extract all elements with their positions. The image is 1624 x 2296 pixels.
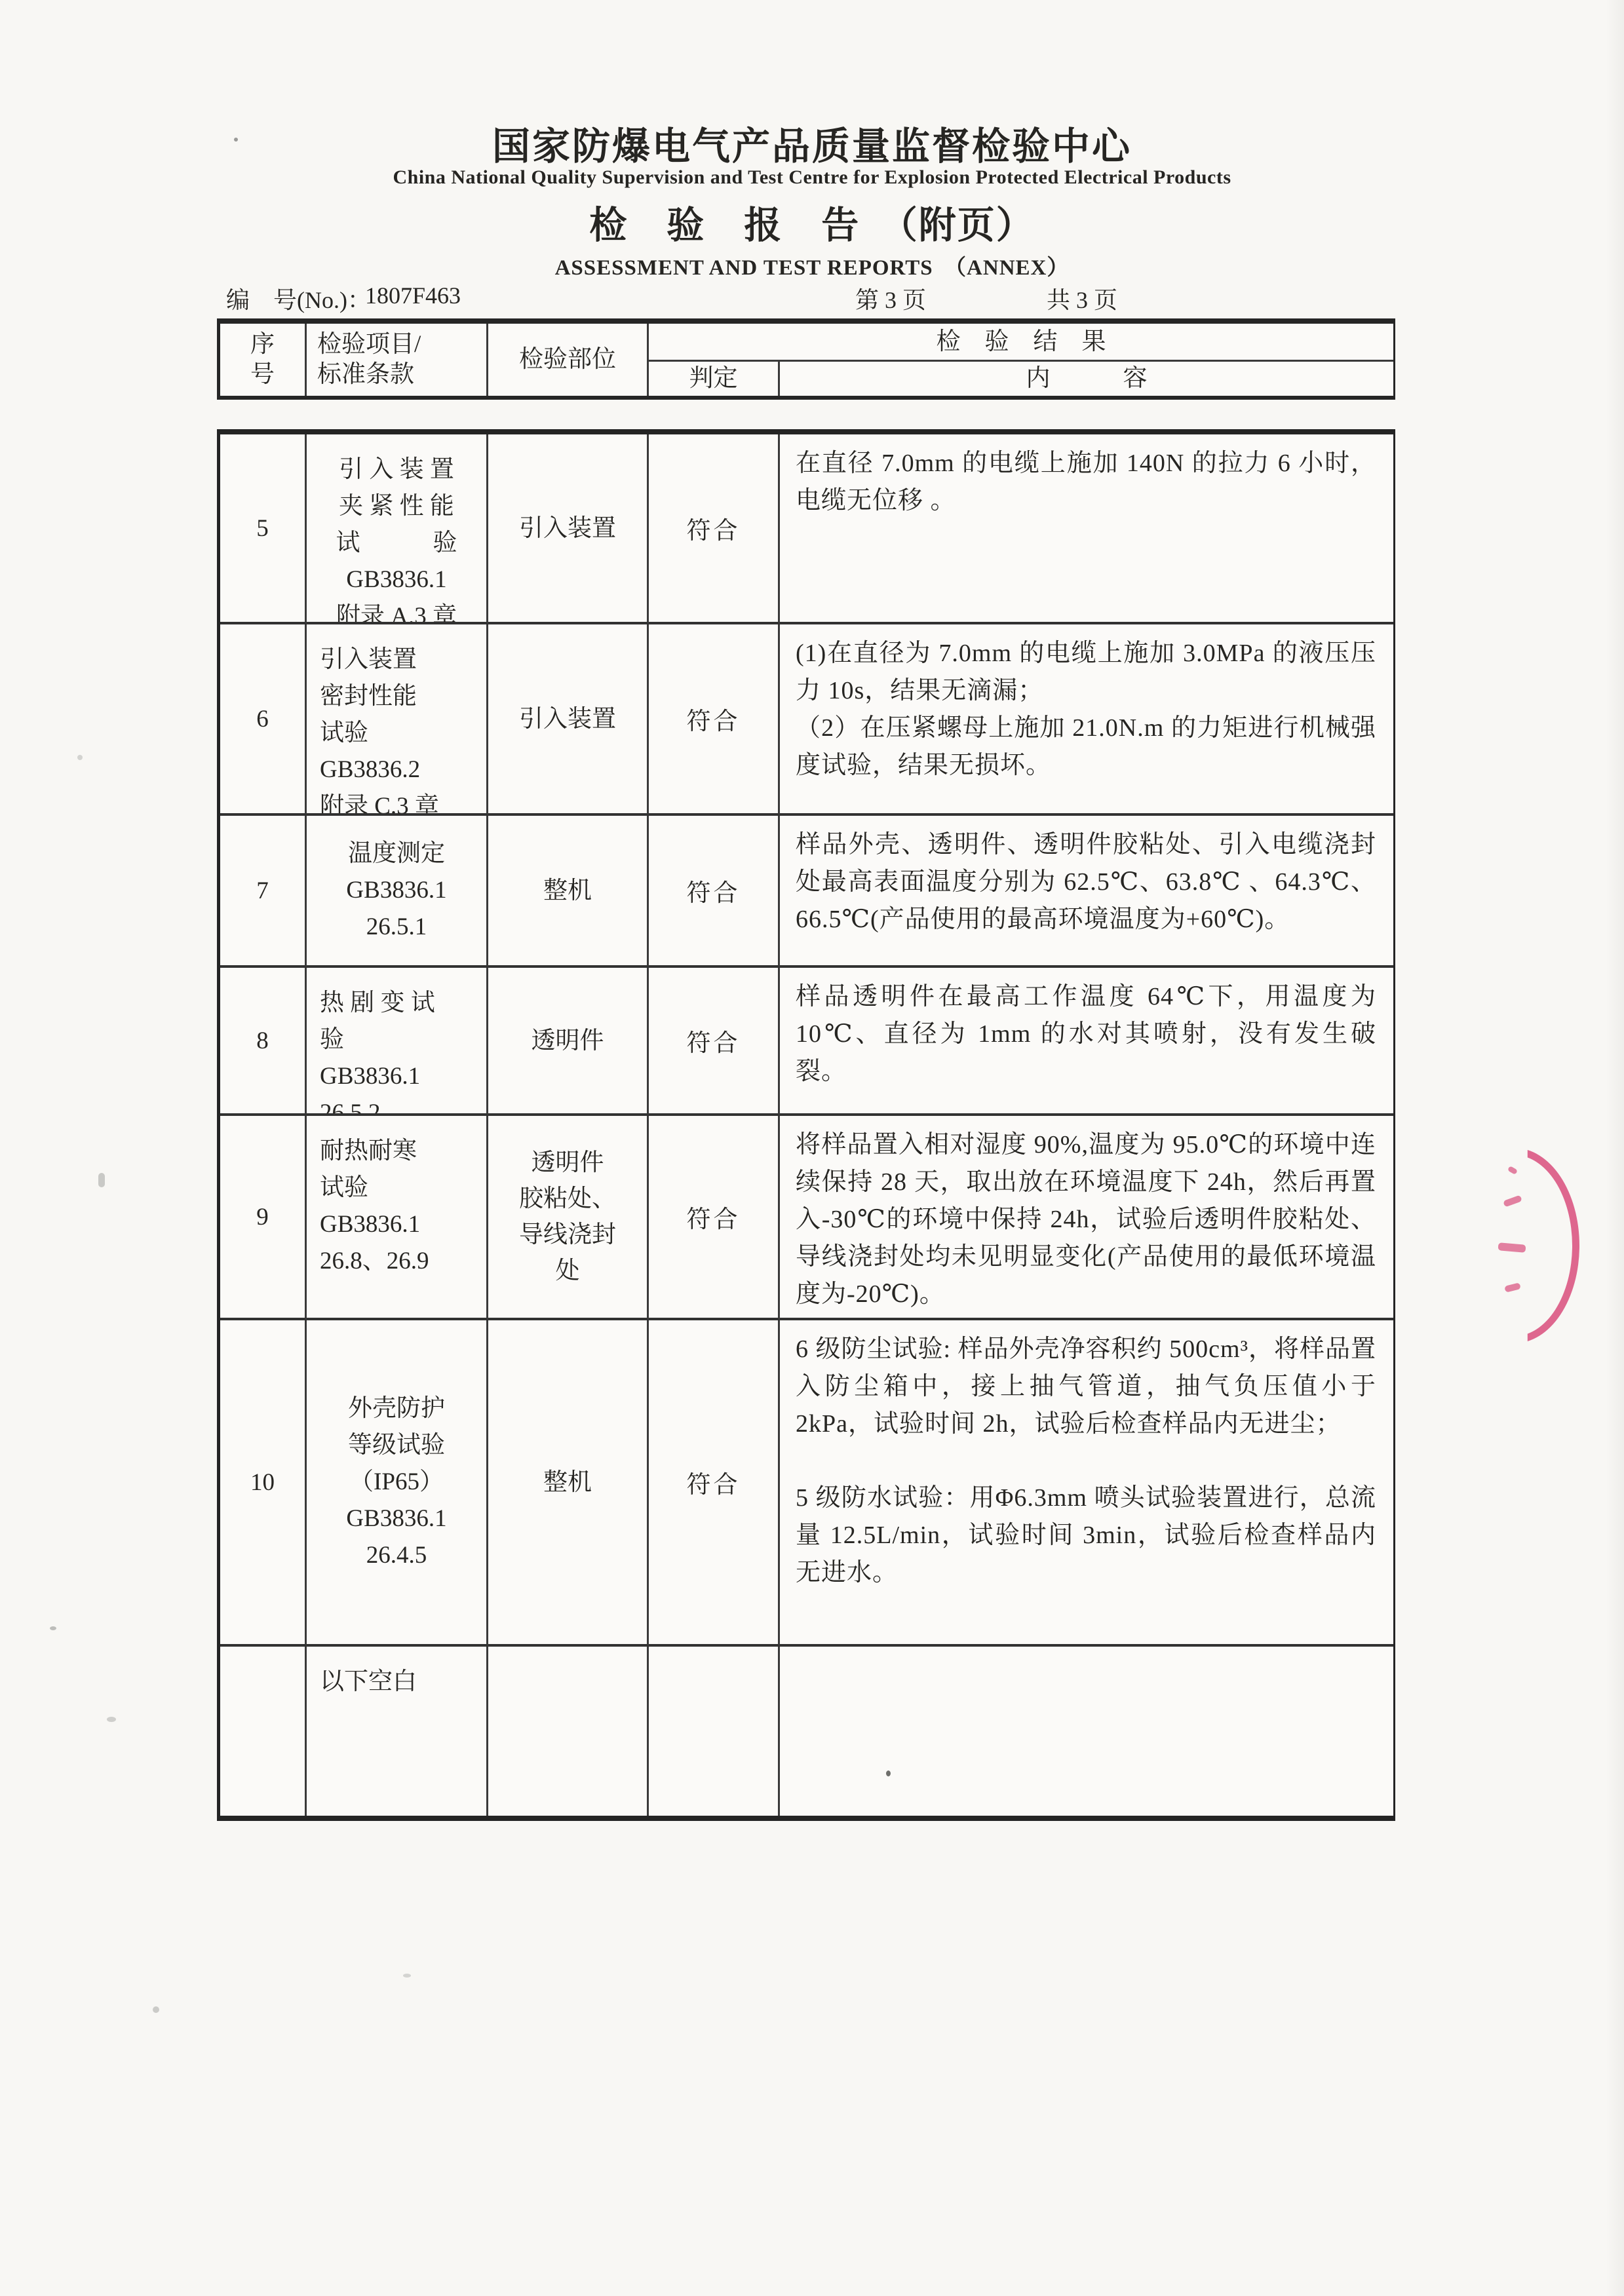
row8-seq: 8 — [220, 968, 307, 1116]
red-stamp-fragment — [1498, 1242, 1526, 1253]
content-paragraph: 在直径 7.0mm 的电缆上施加 140N 的拉力 6 小时，电缆无位移 。 — [796, 445, 1376, 520]
part-line: 处 — [556, 1253, 580, 1289]
part-line: 整机 — [543, 873, 592, 909]
row7-verdict: 符合 — [649, 816, 780, 968]
scan-speck — [50, 1626, 56, 1630]
blank-row-verdict — [649, 1647, 780, 1816]
organization-name-en: China National Quality Supervision and T… — [0, 166, 1624, 189]
col-header-item-line2: 标准条款 — [317, 360, 486, 390]
results-table: 5 引 入 装 置 夹 紧 性 能 试 验 GB3836.1 附录 A.3 章 … — [217, 429, 1395, 1821]
row6-seq: 6 — [220, 624, 307, 816]
item-line: 试 验 — [307, 525, 486, 562]
item-line: GB3836.1 — [320, 1058, 486, 1095]
blank-below-label: 以下空白 — [320, 1664, 486, 1700]
item-line: 附录 A.3 章 — [307, 598, 486, 624]
scan-speck — [107, 1717, 116, 1722]
item-line: 试验 — [320, 715, 486, 752]
page-total: 共 3 页 — [1047, 282, 1117, 315]
row5-part: 引入装置 — [488, 434, 649, 624]
red-stamp-fragment — [1504, 1282, 1521, 1293]
col-header-item: 检验项目/ 标准条款 — [307, 324, 488, 396]
col-header-item-line1: 检验项目/ — [317, 330, 486, 360]
row6-content: (1)在直径为 7.0mm 的电缆上施加 3.0MPa 的液压压力 10s，结果… — [780, 624, 1393, 816]
row10-verdict: 符合 — [649, 1320, 780, 1647]
content-paragraph: 将样品置入相对湿度 90%,温度为 95.0℃的环境中连续保持 28 天，取出放… — [796, 1126, 1376, 1313]
item-line: 外壳防护 — [307, 1390, 486, 1427]
col-header-seq-line1: 序 — [250, 330, 275, 360]
col-header-content: 内 容 — [780, 362, 1393, 396]
col-header-part: 检验部位 — [488, 324, 649, 396]
content-paragraph: 5 级防水试验：用Φ6.3mm 喷头试验装置进行，总流量 12.5L/min，试… — [796, 1480, 1376, 1592]
col-header-seq-line2: 号 — [250, 360, 275, 390]
blank-row-part — [488, 1647, 649, 1816]
row8-part: 透明件 — [488, 968, 649, 1116]
content-paragraph: 样品透明件在最高工作温度 64℃下，用温度为 10℃、直径为 1mm 的水对其喷… — [796, 978, 1376, 1090]
item-line: 密封性能 — [320, 678, 486, 715]
report-number-label: 编 号(No.)： — [226, 282, 371, 315]
row5-item: 引 入 装 置 夹 紧 性 能 试 验 GB3836.1 附录 A.3 章 — [307, 434, 488, 624]
row6-verdict: 符合 — [649, 624, 780, 816]
blank-row-seq — [220, 1647, 307, 1816]
table-header: 序 号 检验项目/ 标准条款 检验部位 检 验 结 果 判定 内 容 — [217, 318, 1395, 400]
item-line: 试验 — [320, 1170, 486, 1206]
report-title-en: ASSESSMENT AND TEST REPORTS （ANNEX） — [0, 250, 1624, 281]
item-line: 26.5.2 — [320, 1095, 486, 1116]
report-title-cn: 检 验 报 告 （附页） — [0, 195, 1624, 249]
blank-row-content — [780, 1647, 1393, 1816]
row7-part: 整机 — [488, 816, 649, 968]
item-line: 引入装置 — [320, 641, 486, 678]
part-line: 透明件 — [532, 1145, 604, 1181]
item-line: 耐热耐寒 — [320, 1133, 486, 1170]
row10-part: 整机 — [488, 1320, 649, 1647]
item-line: GB3836.2 — [320, 752, 486, 788]
row6-item: 引入装置 密封性能 试验 GB3836.2 附录 C.3 章 — [307, 624, 488, 816]
part-line: 引入装置 — [519, 510, 616, 546]
item-line: 验 — [320, 1022, 486, 1058]
item-line: 温度测定 — [307, 835, 486, 872]
red-stamp-fragment — [1503, 1195, 1522, 1208]
scan-speck — [886, 1770, 891, 1776]
row5-verdict: 符合 — [649, 434, 780, 624]
content-paragraph: 样品外壳、透明件、透明件胶粘处、引入电缆浇封处最高表面温度分别为 62.5℃、6… — [796, 826, 1376, 938]
content-paragraph: （2）在压紧螺母上施加 21.0N.m 的力矩进行机械强度试验，结果无损坏。 — [796, 710, 1376, 784]
row9-seq: 9 — [220, 1116, 307, 1320]
part-line: 整机 — [543, 1464, 592, 1501]
red-stamp-fragment — [1507, 1166, 1518, 1175]
row10-content: 6 级防尘试验: 样品外壳净容积约 500cm³，将样品置入防尘箱中，接上抽气管… — [780, 1320, 1393, 1647]
item-line: 26.4.5 — [307, 1537, 486, 1574]
item-line: （IP65） — [307, 1464, 486, 1501]
item-line: 夹 紧 性 能 — [307, 488, 486, 525]
item-line: 引 入 装 置 — [307, 451, 486, 488]
row10-seq: 10 — [220, 1320, 307, 1647]
row5-content: 在直径 7.0mm 的电缆上施加 140N 的拉力 6 小时，电缆无位移 。 — [780, 434, 1393, 624]
scan-speck — [234, 138, 238, 142]
organization-name-cn: 国家防爆电气产品质量监督检验中心 — [0, 115, 1624, 170]
col-header-result: 检 验 结 果 — [649, 324, 1393, 362]
part-line: 透明件 — [532, 1023, 604, 1059]
content-paragraph: (1)在直径为 7.0mm 的电缆上施加 3.0MPa 的液压压力 10s，结果… — [796, 635, 1376, 710]
scan-speck — [403, 1974, 411, 1978]
part-line: 胶粘处、 — [519, 1181, 616, 1217]
part-line: 导线浇封 — [519, 1217, 616, 1253]
scan-speck — [153, 2006, 159, 2013]
item-line: 热 剧 变 试 — [320, 985, 486, 1022]
row5-seq: 5 — [220, 434, 307, 624]
row9-item: 耐热耐寒 试验 GB3836.1 26.8、26.9 — [307, 1116, 488, 1320]
scan-speck — [98, 1173, 105, 1187]
blank-row-item: 以下空白 — [307, 1647, 488, 1816]
report-meta-line: 编 号(No.)： 1807F463 第 3 页 共 3 页 — [0, 282, 1624, 312]
item-line: 附录 C.3 章 — [320, 788, 486, 816]
page-number: 第 3 页 — [855, 282, 926, 315]
scan-speck — [77, 755, 83, 760]
item-line: 26.5.1 — [307, 909, 486, 946]
row9-part: 透明件 胶粘处、 导线浇封 处 — [488, 1116, 649, 1320]
row8-verdict: 符合 — [649, 968, 780, 1116]
part-line: 引入装置 — [519, 701, 616, 737]
item-line: 等级试验 — [307, 1427, 486, 1464]
row8-content: 样品透明件在最高工作温度 64℃下，用温度为 10℃、直径为 1mm 的水对其喷… — [780, 968, 1393, 1116]
report-number-value: 1807F463 — [365, 282, 461, 309]
col-header-verdict: 判定 — [649, 362, 780, 396]
row8-item: 热 剧 变 试 验 GB3836.1 26.5.2 — [307, 968, 488, 1116]
item-line: 26.8、26.9 — [320, 1243, 486, 1280]
item-line: GB3836.1 — [320, 1206, 486, 1243]
row9-content: 将样品置入相对湿度 90%,温度为 95.0℃的环境中连续保持 28 天，取出放… — [780, 1116, 1393, 1320]
scanned-report-page: 国家防爆电气产品质量监督检验中心 China National Quality … — [0, 0, 1624, 2296]
row6-part: 引入装置 — [488, 624, 649, 816]
row7-item: 温度测定 GB3836.1 26.5.1 — [307, 816, 488, 968]
item-line: GB3836.1 — [307, 562, 486, 598]
item-line: GB3836.1 — [307, 1501, 486, 1537]
col-header-seq: 序 号 — [220, 324, 307, 396]
row9-verdict: 符合 — [649, 1116, 780, 1320]
row10-item: 外壳防护 等级试验 （IP65） GB3836.1 26.4.5 — [307, 1320, 488, 1647]
item-line: GB3836.1 — [307, 872, 486, 909]
content-paragraph: 6 级防尘试验: 样品外壳净容积约 500cm³，将样品置入防尘箱中，接上抽气管… — [796, 1331, 1376, 1443]
row7-seq: 7 — [220, 816, 307, 968]
row7-content: 样品外壳、透明件、透明件胶粘处、引入电缆浇封处最高表面温度分别为 62.5℃、6… — [780, 816, 1393, 968]
